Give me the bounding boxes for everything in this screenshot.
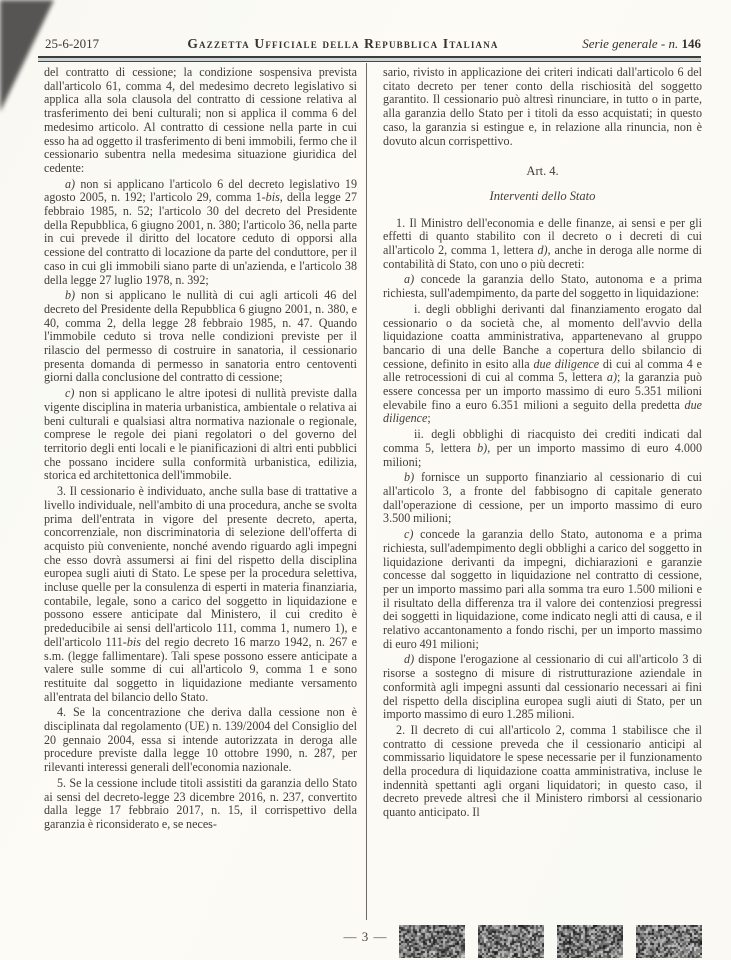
noise-block xyxy=(636,925,702,958)
paragraph: b) non si applicano le nullità di cui ag… xyxy=(44,289,357,385)
series-info: Serie generale - n. 146 xyxy=(551,36,701,52)
paragraph: 2. Il decreto di cui all'articolo 2, com… xyxy=(383,724,702,820)
paragraph: c) non si applicano le altre ipotesi di … xyxy=(44,387,357,483)
noise-blocks xyxy=(399,925,702,958)
series-number: 146 xyxy=(682,36,702,51)
article-subheading: Interventi dello Stato xyxy=(383,190,702,204)
page-header: 25-6-2017 Gazzetta Ufficiale della Repub… xyxy=(45,36,701,52)
paragraph: 1. Il Ministro dell'economia e delle fin… xyxy=(383,217,702,272)
noise-block xyxy=(557,925,623,958)
paragraph: c) concede la garanzia dello Stato, auto… xyxy=(383,528,702,651)
article-heading: Art. 4. xyxy=(383,165,702,179)
series-separator: - n. xyxy=(658,36,682,51)
paragraph: 4. Se la concentrazione che deriva dalla… xyxy=(44,706,357,775)
paragraph: i. degli obblighi derivanti dal finanzia… xyxy=(383,303,702,426)
paragraph: a) concede la garanzia dello Stato, auto… xyxy=(383,273,702,300)
gazette-title: Gazzetta Ufficiale della Repubblica Ital… xyxy=(135,36,551,52)
noise-block xyxy=(478,925,544,958)
paragraph: sario, rivisto in applicazione dei crite… xyxy=(383,66,702,148)
paragraph: a) non si applicano l'articolo 6 del dec… xyxy=(44,178,357,288)
column-divider xyxy=(366,63,367,920)
header-rule xyxy=(38,56,701,62)
issue-date: 25-6-2017 xyxy=(45,36,135,52)
left-column: del contratto di cessione; la condizione… xyxy=(44,66,357,922)
paragraph: 3. Il cessionario è individuato, anche s… xyxy=(44,485,357,704)
noise-block xyxy=(399,925,465,958)
paragraph: d) dispone l'erogazione al cessionario d… xyxy=(383,653,702,722)
series-label: Serie generale xyxy=(582,36,657,51)
paragraph: ii. degli obblighi di riacquisto dei cre… xyxy=(383,428,702,469)
paragraph: 5. Se la cessione include titoli assisti… xyxy=(44,777,357,832)
gazette-page: 25-6-2017 Gazzetta Ufficiale della Repub… xyxy=(0,0,731,960)
paragraph: del contratto di cessione; la condizione… xyxy=(44,66,357,176)
right-column: sario, rivisto in applicazione dei crite… xyxy=(383,66,702,922)
paragraph: b) fornisce un supporto finanziario al c… xyxy=(383,471,702,526)
page-body: del contratto di cessione; la condizione… xyxy=(44,66,702,922)
